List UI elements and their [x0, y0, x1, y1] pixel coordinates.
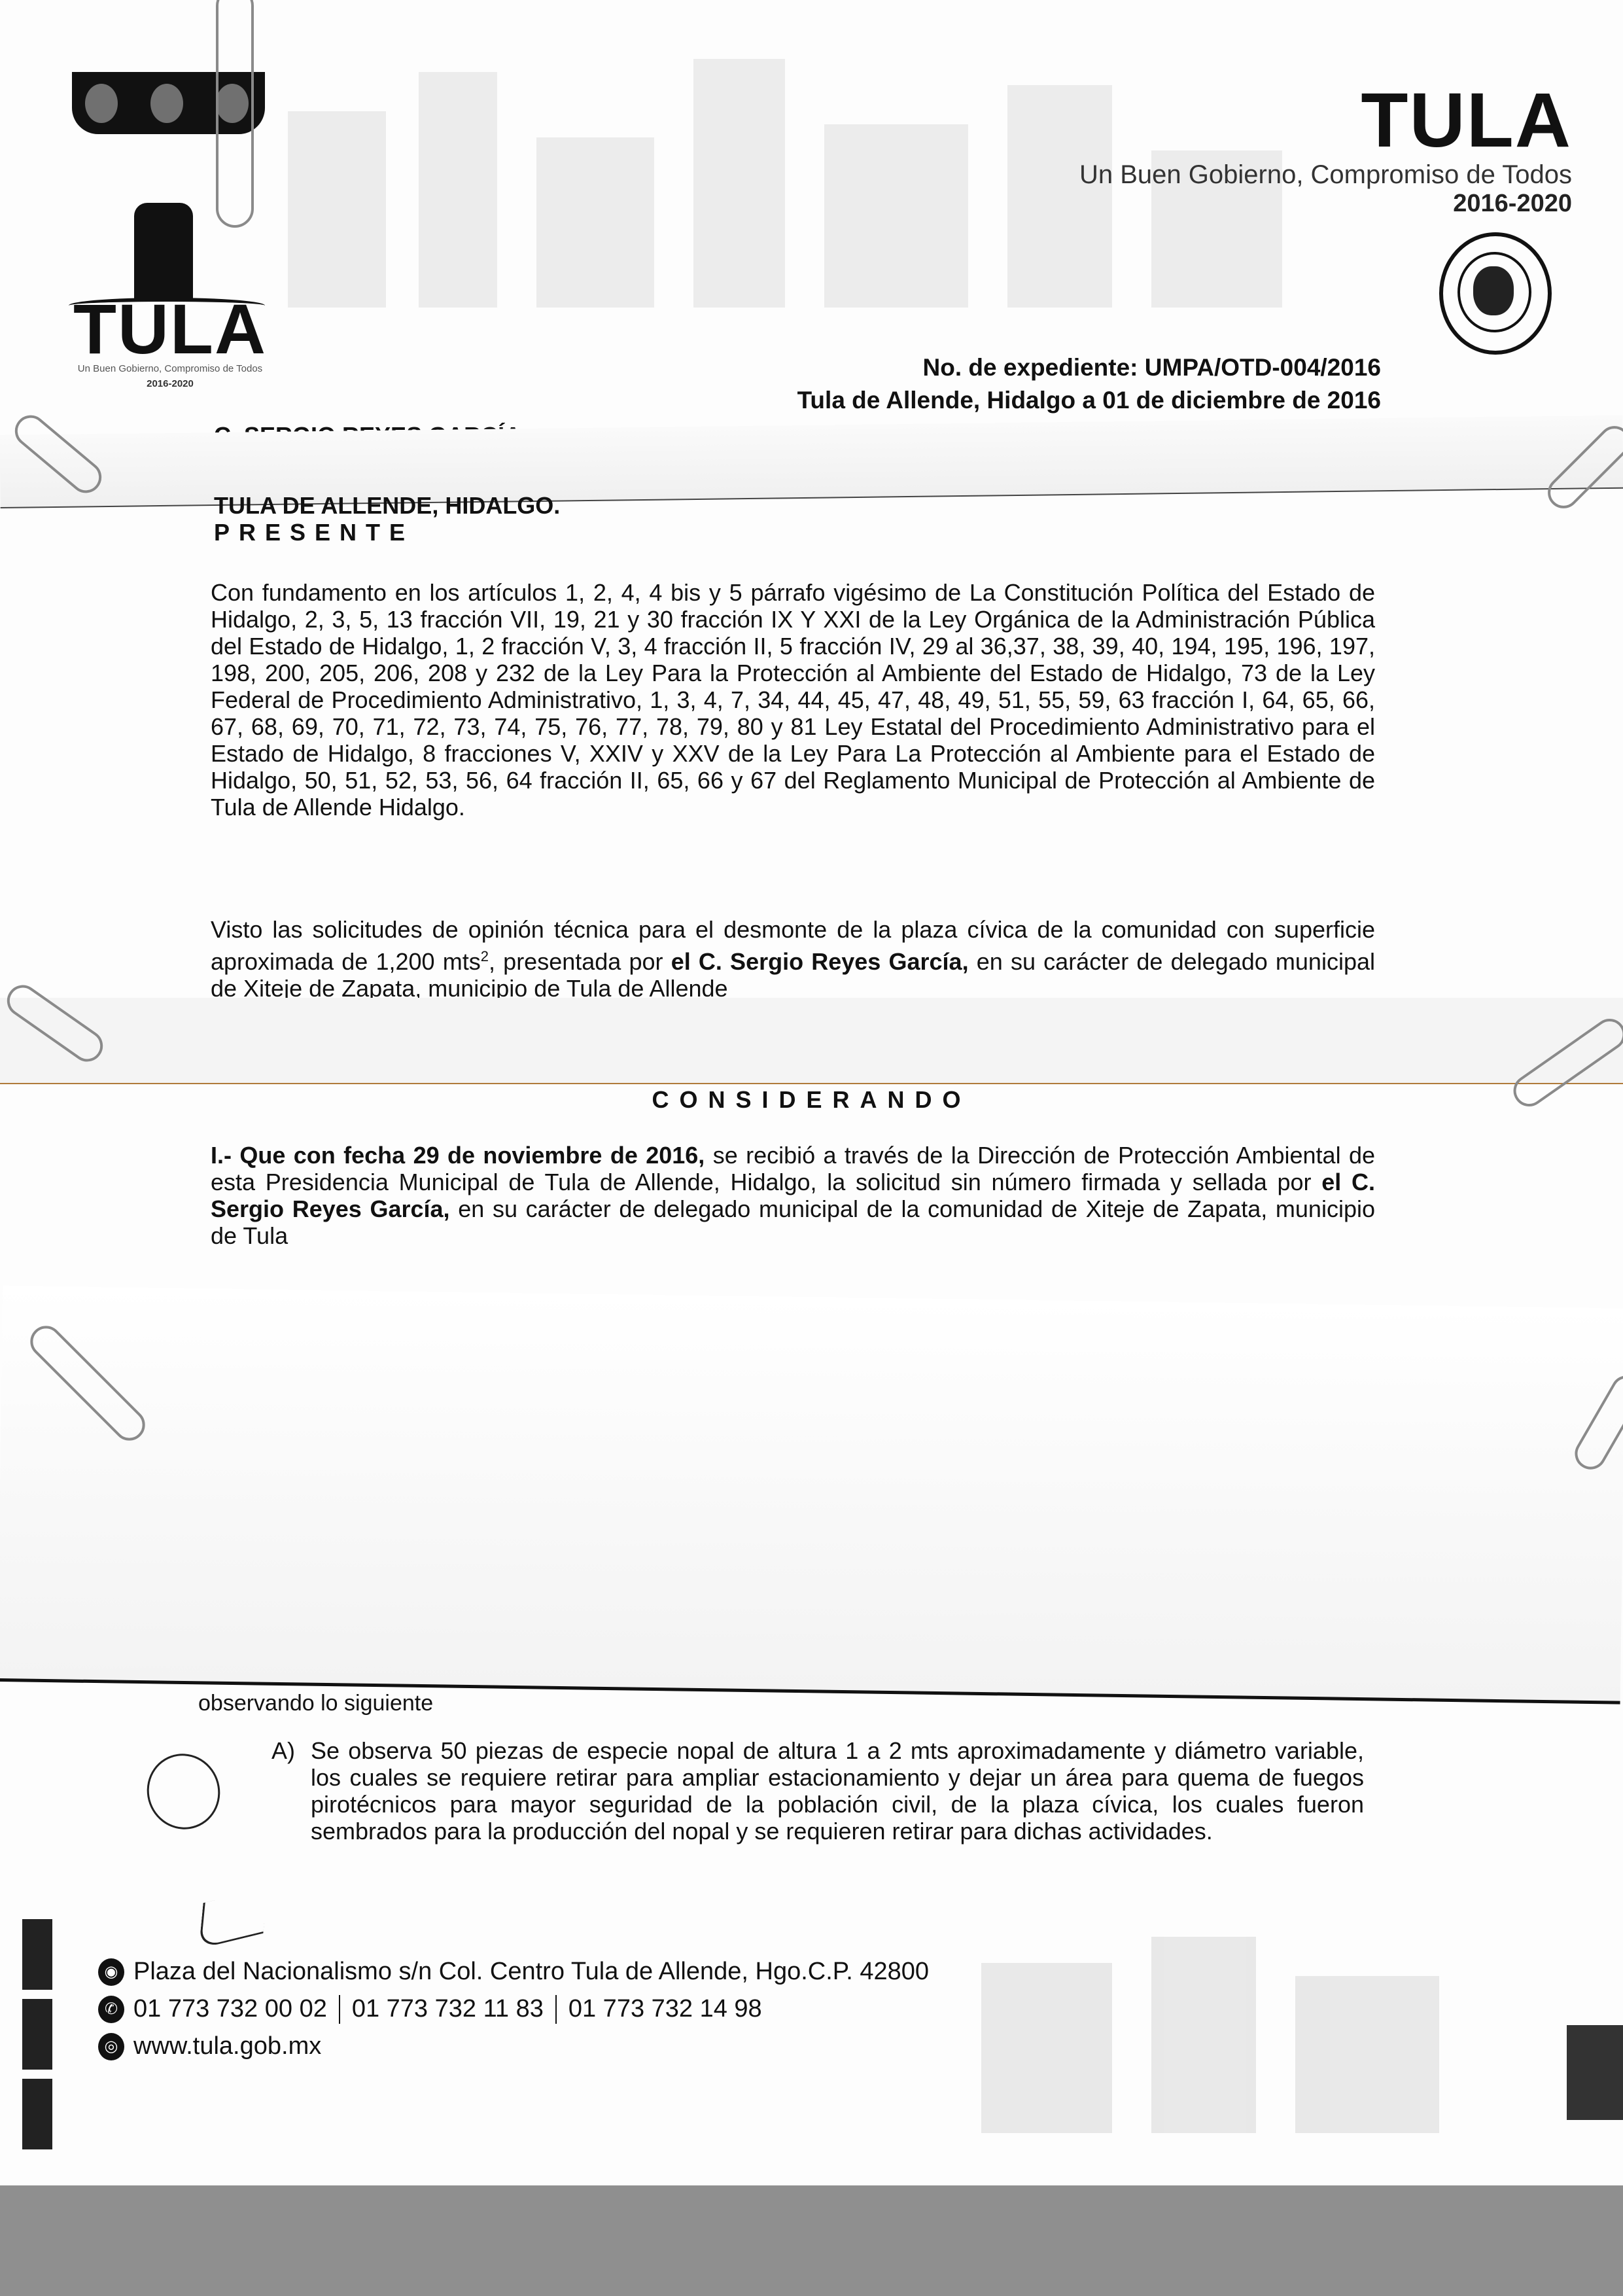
considerando-paragraph: I.- Que con fecha 29 de noviembre de 201… — [211, 1142, 1375, 1249]
phone-icon: ✆ — [98, 1996, 124, 2023]
location-pin-icon: ◉ — [98, 1958, 124, 1986]
header-wordmark: TULA — [1079, 82, 1572, 159]
website-link[interactable]: www.tula.gob.mx — [133, 2032, 321, 2060]
paper-fold — [0, 1286, 1623, 1704]
place-date: Tula de Allende, Hidalgo a 01 de diciemb… — [797, 384, 1381, 417]
footer-watermark — [981, 1937, 1557, 2133]
footer-contact: ◉ Plaza del Nacionalismo s/n Col. Centro… — [98, 1953, 929, 2065]
request-paragraph: Visto las solicitudes de opinión técnica… — [211, 916, 1375, 1002]
municipal-seal-icon — [1439, 232, 1552, 355]
paper-fold — [0, 998, 1623, 1084]
handwritten-signature — [199, 1887, 268, 1949]
observation-intro: observando lo siguiente — [198, 1691, 433, 1716]
footer-address: ◉ Plaza del Nacionalismo s/n Col. Centro… — [98, 1953, 929, 1990]
handwritten-initials — [137, 1744, 231, 1840]
globe-icon: ◎ — [98, 2033, 124, 2060]
logo-wordmark: TULA — [65, 288, 275, 370]
header-right: TULA Un Buen Gobierno, Compromiso de Tod… — [1079, 82, 1572, 218]
logo-t-stem — [134, 203, 193, 301]
logo-slogan: Un Buen Gobierno, Compromiso de Todos — [56, 363, 285, 374]
header-years: 2016-2020 — [1079, 190, 1572, 218]
footer-website: ◎ www.tula.gob.mx — [98, 2028, 929, 2065]
logo-years: 2016-2020 — [62, 378, 278, 389]
footer-phones: ✆ 01 773 732 00 02 01 773 732 11 83 01 7… — [98, 1990, 929, 2028]
section-title: CONSIDERANDO — [0, 1086, 1623, 1114]
item-text: Se observa 50 piezas de especie nopal de… — [311, 1737, 1364, 1845]
footer-corner-tile — [1567, 2025, 1623, 2120]
item-label: A) — [271, 1737, 295, 1764]
scanner-background — [0, 2185, 1623, 2296]
greeting: PRESENTE — [214, 519, 414, 546]
expediente-number: No. de expediente: UMPA/OTD-004/2016 — [797, 351, 1381, 384]
paper-clip — [216, 0, 254, 228]
document-meta: No. de expediente: UMPA/OTD-004/2016 Tul… — [797, 351, 1381, 417]
list-item: A) Se observa 50 piezas de especie nopal… — [271, 1737, 1364, 1845]
header-slogan: Un Buen Gobierno, Compromiso de Todos — [1079, 160, 1572, 190]
addressee-city: TULA DE ALLENDE, HIDALGO. — [214, 492, 560, 520]
document-page: TULA Un Buen Gobierno, Compromiso de Tod… — [0, 0, 1623, 2185]
legal-basis-paragraph: Con fundamento en los artículos 1, 2, 4,… — [211, 579, 1375, 821]
footer-side-tiles — [22, 1919, 54, 2159]
